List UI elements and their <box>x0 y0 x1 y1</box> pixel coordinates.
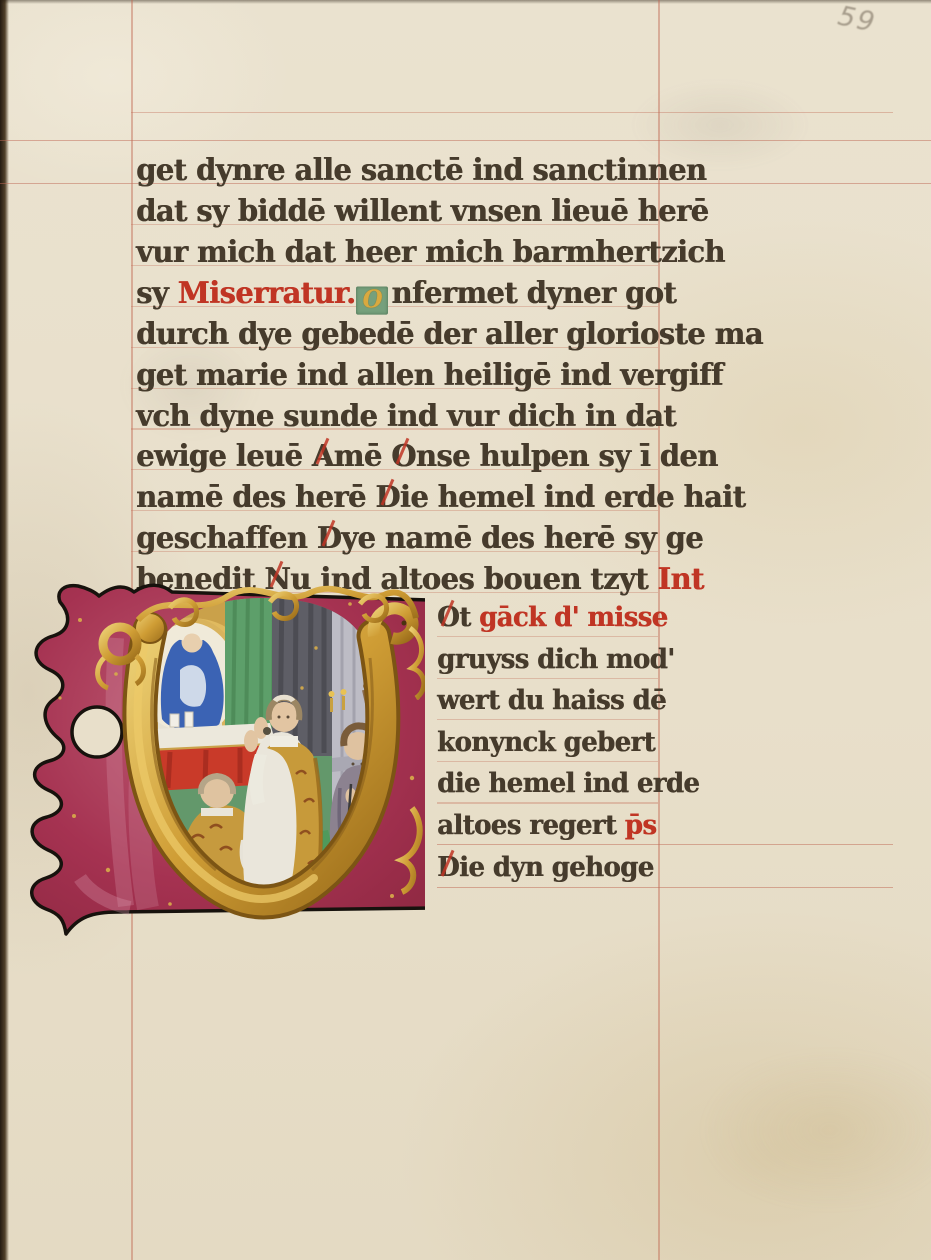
text-segment: nse hulpen sy ī den <box>416 439 718 474</box>
text-segment: D <box>317 517 342 560</box>
text-segment: nfermet dyner got <box>391 275 676 310</box>
manuscript-line: wert du haiss dē <box>437 680 699 723</box>
text-segment: O <box>437 597 459 640</box>
manuscript-line: get dynre alle sanctē ind sanctinnen <box>136 149 763 192</box>
text-segment: sy <box>136 275 177 310</box>
manuscript-line: durch dye gebedē der aller glorioste ma <box>136 313 763 356</box>
text-segment: namē des herē <box>136 479 375 514</box>
text-segment: ewige leuē <box>136 439 312 474</box>
manuscript-line: namē des herē Die hemel ind erde hait <box>136 476 763 519</box>
manuscript-line: gruyss dich mod' <box>437 639 699 682</box>
text-segment: mē <box>334 439 391 474</box>
text-segment: D <box>437 847 459 890</box>
text-segment: altoes regert <box>437 810 625 841</box>
manuscript-line: Ot gāck d' misse <box>437 597 699 640</box>
manuscript-line: get marie ind allen heiligē ind vergiff <box>136 354 763 397</box>
text-segment: gruyss dich mod' <box>437 644 674 675</box>
folio-number: 59 <box>835 0 879 38</box>
manuscript-line: konynck gebert <box>437 722 699 765</box>
manuscript-line: vch dyne sunde ind vur dich in dat <box>136 395 763 438</box>
manuscript-line: altoes regert p̄s <box>437 805 699 848</box>
parchment-stain <box>700 1050 931 1210</box>
text-segment: A <box>312 435 334 478</box>
ruling-line <box>0 140 931 141</box>
text-segment: D <box>375 476 400 519</box>
text-segment: geschaffen <box>136 520 317 555</box>
text-segment: ye namē des herē sy ge <box>341 520 703 555</box>
text-segment: get marie ind allen heiligē ind vergiff <box>136 357 723 392</box>
text-segment: get dynre alle sanctē ind sanctinnen <box>136 152 706 187</box>
text-segment: vur mich dat heer mich barmhertzich <box>136 234 725 269</box>
text-segment: Miserratur. <box>177 275 355 310</box>
manuscript-line: geschaffen Dye namē des herē sy ge <box>136 517 763 560</box>
page-top-edge <box>0 0 931 4</box>
main-text-block: get dynre alle sanctē ind sanctinnendat … <box>136 149 763 599</box>
text-segment: wert du haiss dē <box>437 685 666 716</box>
manuscript-line: die hemel ind erde <box>437 763 699 806</box>
text-segment: durch dye gebedē der aller glorioste ma <box>136 316 763 351</box>
text-segment: vch dyne sunde ind vur dich in dat <box>136 398 676 433</box>
text-segment: O <box>356 286 388 314</box>
manuscript-line: sy Miserratur.Onfermet dyner got <box>136 272 763 315</box>
side-text-block: Ot gāck d' missegruyss dich mod'wert du … <box>437 597 699 888</box>
manuscript-line: vur mich dat heer mich barmhertzich <box>136 231 763 274</box>
text-segment: p̄s <box>625 810 657 841</box>
text-segment: die hemel ind erde <box>437 769 699 800</box>
text-segment: ie dyn gehoge <box>459 852 654 883</box>
panel-notch <box>72 707 122 757</box>
manuscript-line: dat sy biddē willent vnsen lieuē herē <box>136 190 763 233</box>
manuscript-line: ewige leuē Amē Onse hulpen sy ī den <box>136 435 763 478</box>
text-segment: konynck gebert <box>437 727 655 758</box>
text-segment: dat sy biddē willent vnsen lieuē herē <box>136 193 708 228</box>
manuscript-page: 59 get dynre alle sanctē ind sanctinnend… <box>0 0 931 1260</box>
ruling-line <box>131 112 893 113</box>
manuscript-line: Die dyn gehoge <box>437 847 699 890</box>
page-gutter-edge <box>0 0 9 1260</box>
text-segment: gāck d' misse <box>479 602 668 633</box>
text-segment: ie hemel ind erde hait <box>400 479 745 514</box>
text-segment: O <box>391 435 416 478</box>
text-segment: Int <box>657 561 703 596</box>
illuminated-initial-U <box>20 578 425 946</box>
text-segment: t <box>459 602 479 633</box>
